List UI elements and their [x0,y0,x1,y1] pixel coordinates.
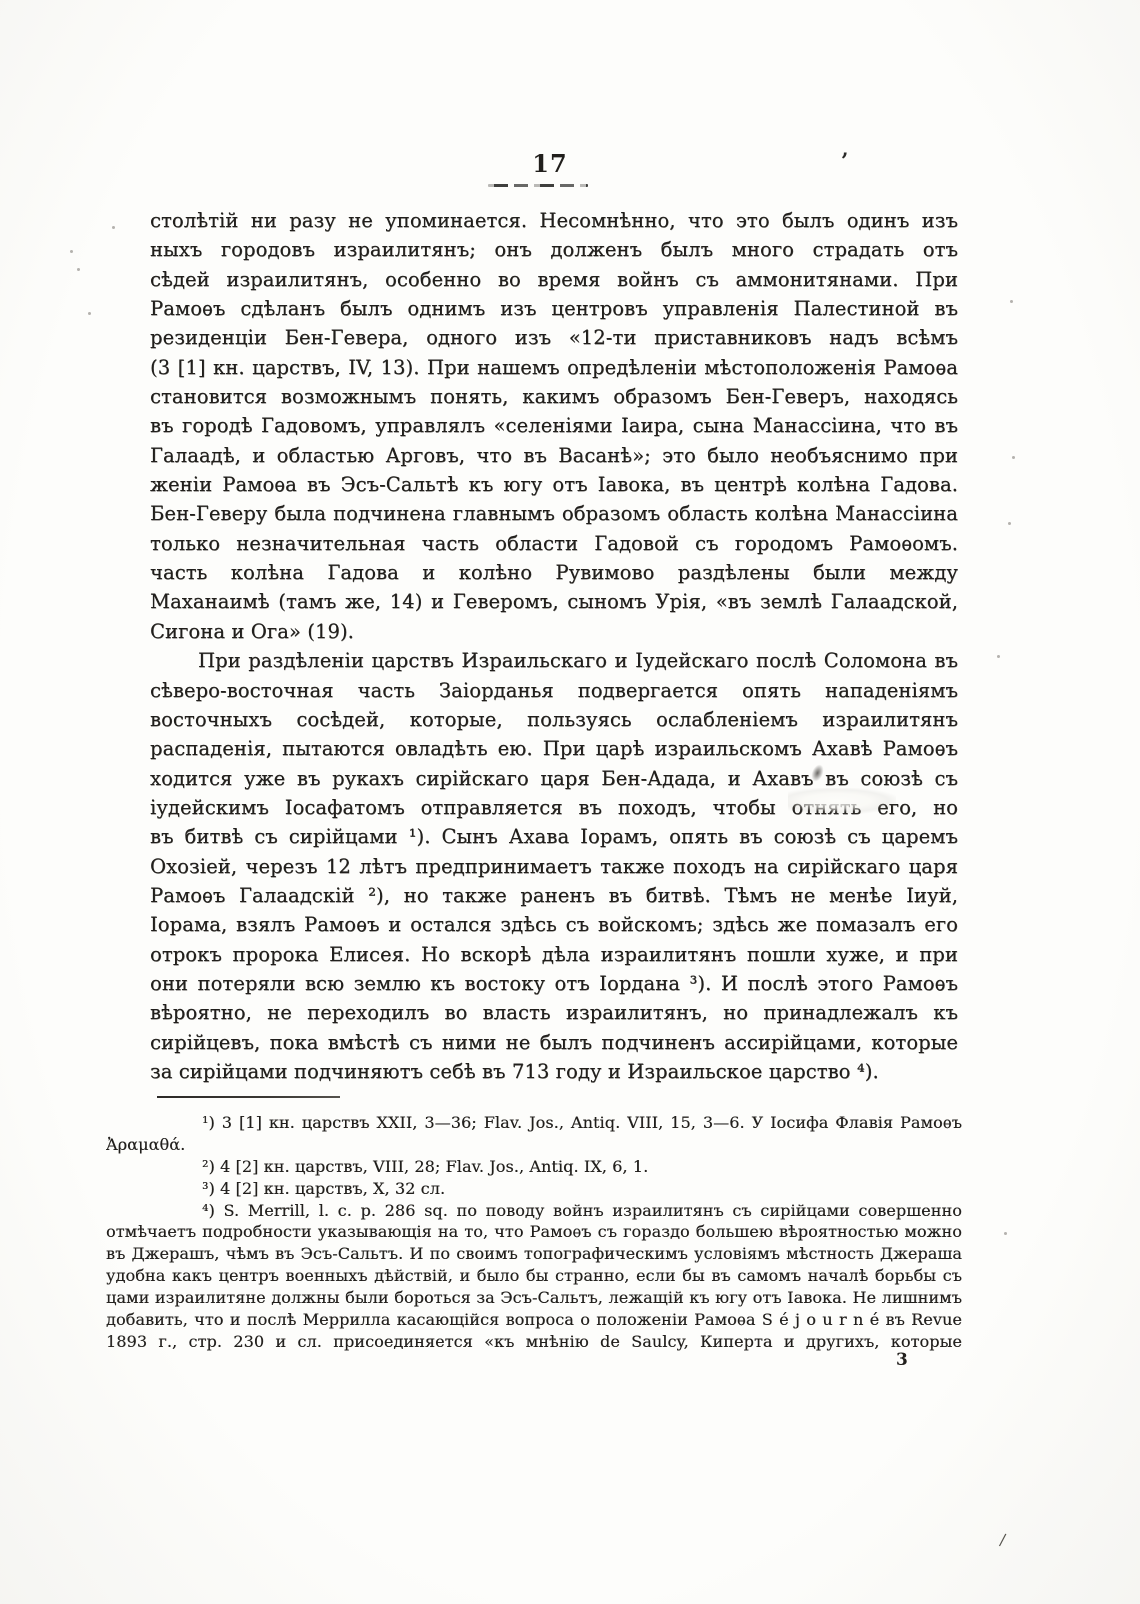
text-line: сѣверо-восточная часть Заіорданья подвер… [150,676,958,705]
scan-speck [1004,1232,1007,1235]
text-line: ²) 4 [2] кн. царствъ, VIII, 28; Flav. Jo… [106,1156,962,1178]
text-line: Бен-Геверу была подчинена главнымъ образ… [150,499,958,528]
text-line: сѣдей израилитянъ, особенно во время вой… [150,265,958,294]
text-line: резиденціи Бен-Гевера, одного изъ «12-ти… [150,323,958,352]
text-line: ¹) 3 [1] кн. царствъ XXII, 3—36; Flav. J… [106,1112,962,1134]
main-text: столѣтій ни разу не упоминается. Несомнѣ… [150,206,958,1086]
footnote-separator [157,1096,340,1098]
text-line: Маханаимѣ (тамъ же, 14) и Геверомъ, сыно… [150,587,958,616]
scan-speck [70,250,73,253]
text-line: отмѣчаетъ подробности указывающія на то,… [106,1221,962,1243]
text-line: въ Джерашъ, чѣмъ въ Эсъ-Сальтъ. И по сво… [106,1243,962,1265]
text-line: ходится уже въ рукахъ сирійскаго царя Бе… [150,764,958,793]
text-line: въ битвѣ съ сирійцами ¹). Сынъ Ахава Іор… [150,822,958,851]
text-line: добавить, что и послѣ Меррилла касающійс… [106,1309,962,1331]
text-line: отрокъ пророка Елисея. Но вскорѣ дѣла из… [150,940,958,969]
text-line: въ городѣ Гадовомъ, управлялъ «селеніями… [150,411,958,440]
scan-speck [88,312,91,315]
scan-mark-bottom-right: / [998,1530,1007,1550]
signature-number: 3 [896,1350,908,1370]
text-line: за сирійцами подчиняютъ себѣ въ 713 году… [150,1057,958,1086]
scan-speck [997,655,1000,658]
text-line: цами израилитяне должны были бороться за… [106,1287,962,1309]
footnotes: ¹) 3 [1] кн. царствъ XXII, 3—36; Flav. J… [106,1112,962,1353]
scan-speck [1008,522,1011,525]
text-line: ⁴) S. Merrill, l. c. p. 286 sq. по повод… [106,1200,962,1222]
text-line: часть колѣна Гадова и колѣно Рувимово ра… [150,558,958,587]
text-line: столѣтій ни разу не упоминается. Несомнѣ… [150,206,958,235]
text-line: ныхъ городовъ израилитянъ; онъ долженъ б… [150,235,958,264]
text-line: Сигона и Ога» (19). [150,617,958,646]
text-line: Охозіей, черезъ 12 лѣтъ предпринимаетъ т… [150,852,958,881]
text-line: (3 [1] кн. царствъ, IV, 13). При нашемъ … [150,353,958,382]
text-line: становится возможнымъ понять, какимъ обр… [150,382,958,411]
text-line: ³) 4 [2] кн. царствъ, X, 32 сл. [106,1178,962,1200]
scan-speck [1010,300,1013,303]
text-line: распаденія, пытаются овладѣть ею. При ца… [150,734,958,763]
text-line: сирійцевъ, пока вмѣстѣ съ ними не былъ п… [150,1028,958,1057]
text-line: іудейскимъ Іосафатомъ отправляется въ по… [150,793,958,822]
page-number-rule [488,184,588,187]
text-line: 1893 г., стр. 230 и сл. присоединяется «… [106,1331,962,1353]
text-line: Ἀραμαθά. [106,1134,962,1156]
text-line: При раздѣленіи царствъ Израильскаго и Іу… [150,646,958,675]
text-line: Рамоѳъ Галаадскій ²), но также раненъ въ… [150,881,958,910]
scan-mark-top-right: ’ [841,148,848,173]
text-line: Іорама, взялъ Рамоѳъ и остался здѣсь съ … [150,910,958,939]
text-line: Рамоѳъ сдѣланъ былъ однимъ изъ центровъ … [150,294,958,323]
text-line: восточныхъ сосѣдей, которые, пользуясь о… [150,705,958,734]
text-line: Галаадѣ, и областью Арговъ, что въ Васан… [150,441,958,470]
text-line: вѣроятно, не переходилъ во власть израил… [150,998,958,1027]
text-line: женіи Рамоѳа въ Эсъ-Сальтѣ къ югу отъ Іа… [150,470,958,499]
scan-speck [77,268,80,271]
book-page: 17 ’ столѣтій ни разу не упоминается. Не… [0,0,1140,1604]
text-line: они потеряли всю землю къ востоку отъ Іо… [150,969,958,998]
page-number: 17 [520,149,580,178]
text-line: удобна какъ центръ военныхъ дѣйствій, и … [106,1265,962,1287]
text-line: только незначительная часть области Гадо… [150,529,958,558]
scan-speck [1012,456,1015,459]
scan-speck [112,226,115,229]
